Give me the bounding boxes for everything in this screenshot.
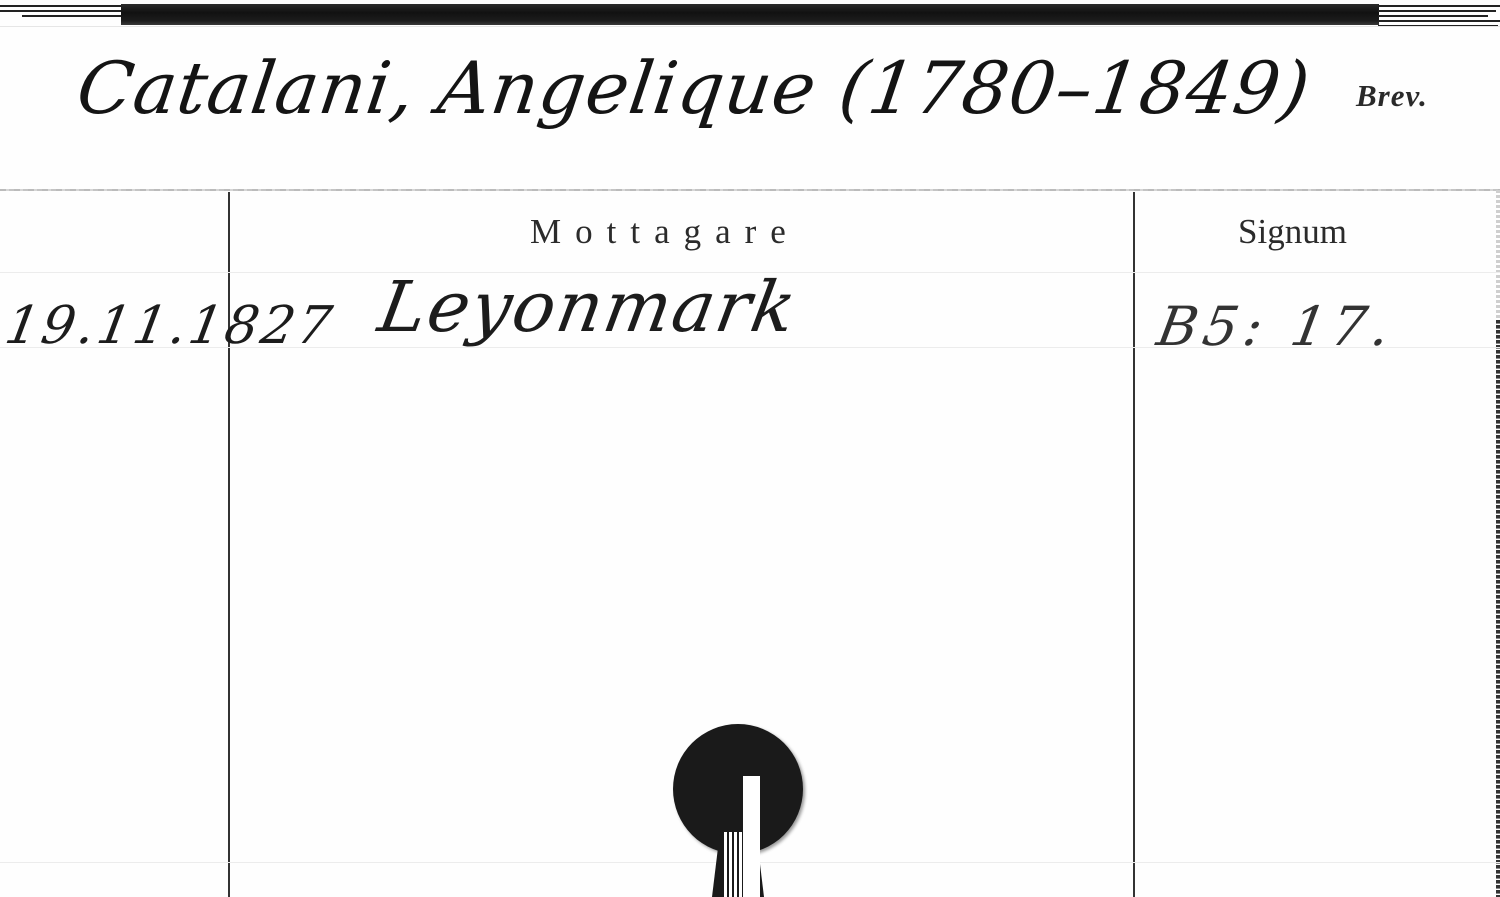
scan-edge-lines-left: [0, 3, 122, 17]
entry-signum: B5: 17.: [1153, 300, 1400, 354]
index-card: Catalani, Angelique (1780–1849) Brev. Mo…: [0, 0, 1500, 897]
punch-hole-glare: [743, 776, 760, 897]
recipient-column-header: Mottagare: [530, 212, 800, 252]
category-label: Brev.: [1356, 78, 1428, 114]
entry-recipient: Leyonmark: [374, 272, 803, 342]
column-divider-signum: [1133, 192, 1135, 897]
entry-date: 19.11.1827: [1, 300, 338, 352]
punch-hole-scan-artefact: [724, 832, 743, 897]
header-divider: [0, 189, 1500, 191]
paper-edge-rule: [0, 26, 1500, 27]
card-heading: Catalani, Angelique (1780–1849): [73, 52, 1315, 124]
scan-edge-bar: [121, 4, 1379, 25]
card-right-edge-shadow: [1496, 320, 1500, 897]
signum-column-header: Signum: [1238, 212, 1347, 252]
